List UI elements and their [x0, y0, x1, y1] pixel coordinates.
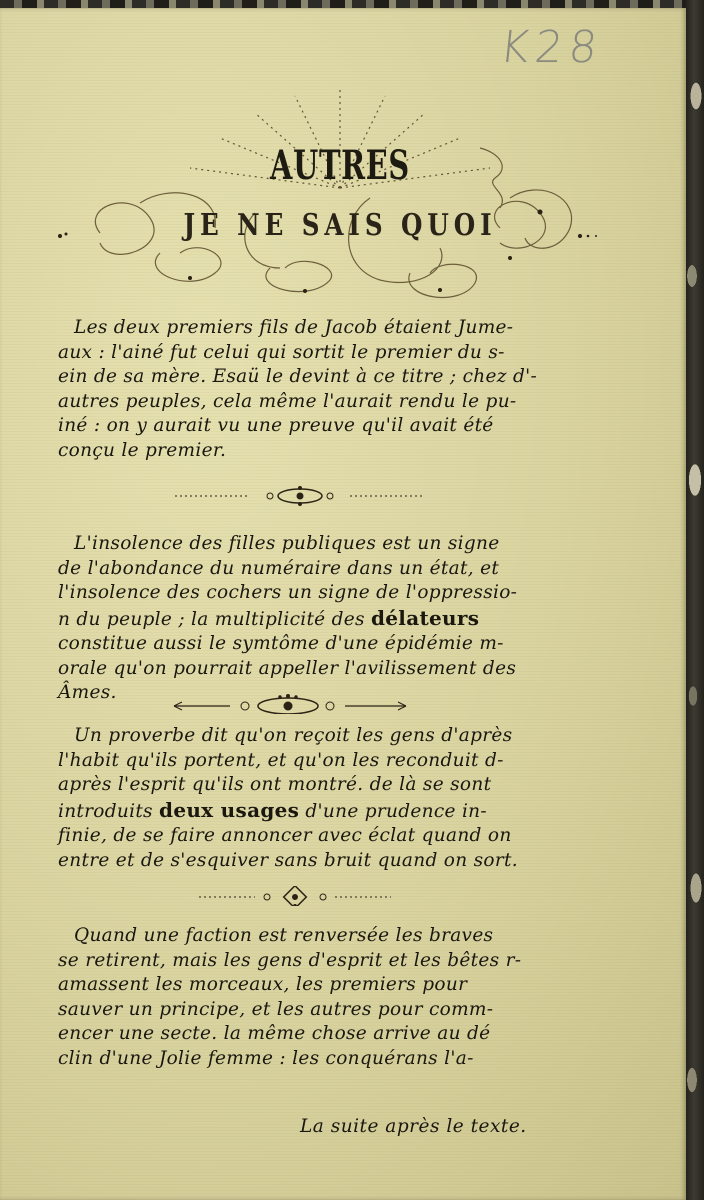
marbled-binding-edge	[684, 0, 704, 1200]
text-line: entre et de s'esquiver sans bruit quand …	[58, 849, 618, 874]
text-fragment: d'une prudence in-	[299, 801, 487, 822]
text-line: ein de sa mère. Esaü le devint à ce titr…	[58, 365, 618, 390]
paragraph-proverbe: Un proverbe dit qu'on reçoit les gens d'…	[58, 724, 618, 873]
text-line: sauver un principe, et les autres pour c…	[58, 998, 618, 1023]
subtitle-je-ne-sais-quoi: JE NE SAIS QUOI	[94, 208, 586, 243]
ornamental-divider-icon	[195, 886, 395, 906]
text-line: Un proverbe dit qu'on reçoit les gens d'…	[58, 724, 618, 749]
text-line: n du peuple ; la multiplicité des délate…	[58, 606, 618, 633]
text-line: orale qu'on pourrait appeller l'avilisse…	[58, 657, 618, 682]
text-line: l'insolence des cochers un signe de l'op…	[58, 581, 618, 606]
text-line: se retirent, mais les gens d'esprit et l…	[58, 949, 618, 974]
text-line: clin d'une Jolie femme : les conquérans …	[58, 1047, 618, 1072]
ornamental-divider-icon	[170, 486, 430, 506]
text-line: L'insolence des filles publiques est un …	[58, 532, 618, 557]
manuscript-page: K28	[0, 8, 686, 1200]
paragraph-insolence: L'insolence des filles publiques est un …	[58, 532, 618, 706]
text-line: conçu le premier.	[58, 439, 618, 464]
text-line: encer une secte. la même chose arrive au…	[58, 1022, 618, 1047]
text-line: amassent les morceaux, les premiers pour	[58, 973, 618, 998]
text-line: après l'esprit qu'ils ont montré. de là …	[58, 773, 618, 798]
text-line: iné : on y aurait vu une preuve qu'il av…	[58, 414, 618, 439]
text-line: finie, de se faire annoncer avec éclat q…	[58, 824, 618, 849]
text-line: aux : l'ainé fut celui qui sortit le pre…	[58, 341, 618, 366]
text-fragment: n du peuple ; la multiplicité des	[58, 609, 371, 630]
text-line: constitue aussi le symtôme d'une épidémi…	[58, 632, 618, 657]
title-autres: AUTRES	[124, 142, 556, 189]
emphasized-word: deux usages	[159, 798, 299, 822]
text-line: introduits deux usages d'une prudence in…	[58, 798, 618, 825]
text-line: autres peuples, cela même l'aurait rendu…	[58, 390, 618, 415]
paragraph-faction: Quand une faction est renversée les brav…	[58, 924, 618, 1071]
scanned-page-frame: K28	[0, 0, 704, 1200]
pencil-shelfmark: K28	[497, 22, 605, 73]
emphasized-word: délateurs	[371, 606, 479, 630]
text-line: de l'abondance du numéraire dans un état…	[58, 557, 618, 582]
paragraph-jacob: Les deux premiers fils de Jacob étaient …	[58, 316, 618, 463]
text-fragment: introduits	[58, 801, 159, 822]
ornamental-heading: AUTRES JE NE SAIS QUOI	[40, 68, 600, 298]
arrow-divider-icon	[170, 694, 410, 714]
text-line: Les deux premiers fils de Jacob étaient …	[58, 316, 618, 341]
text-line: l'habit qu'ils portent, et qu'on les rec…	[58, 749, 618, 774]
continuation-note: La suite après le texte.	[300, 1116, 527, 1137]
text-line: Quand une faction est renversée les brav…	[58, 924, 618, 949]
